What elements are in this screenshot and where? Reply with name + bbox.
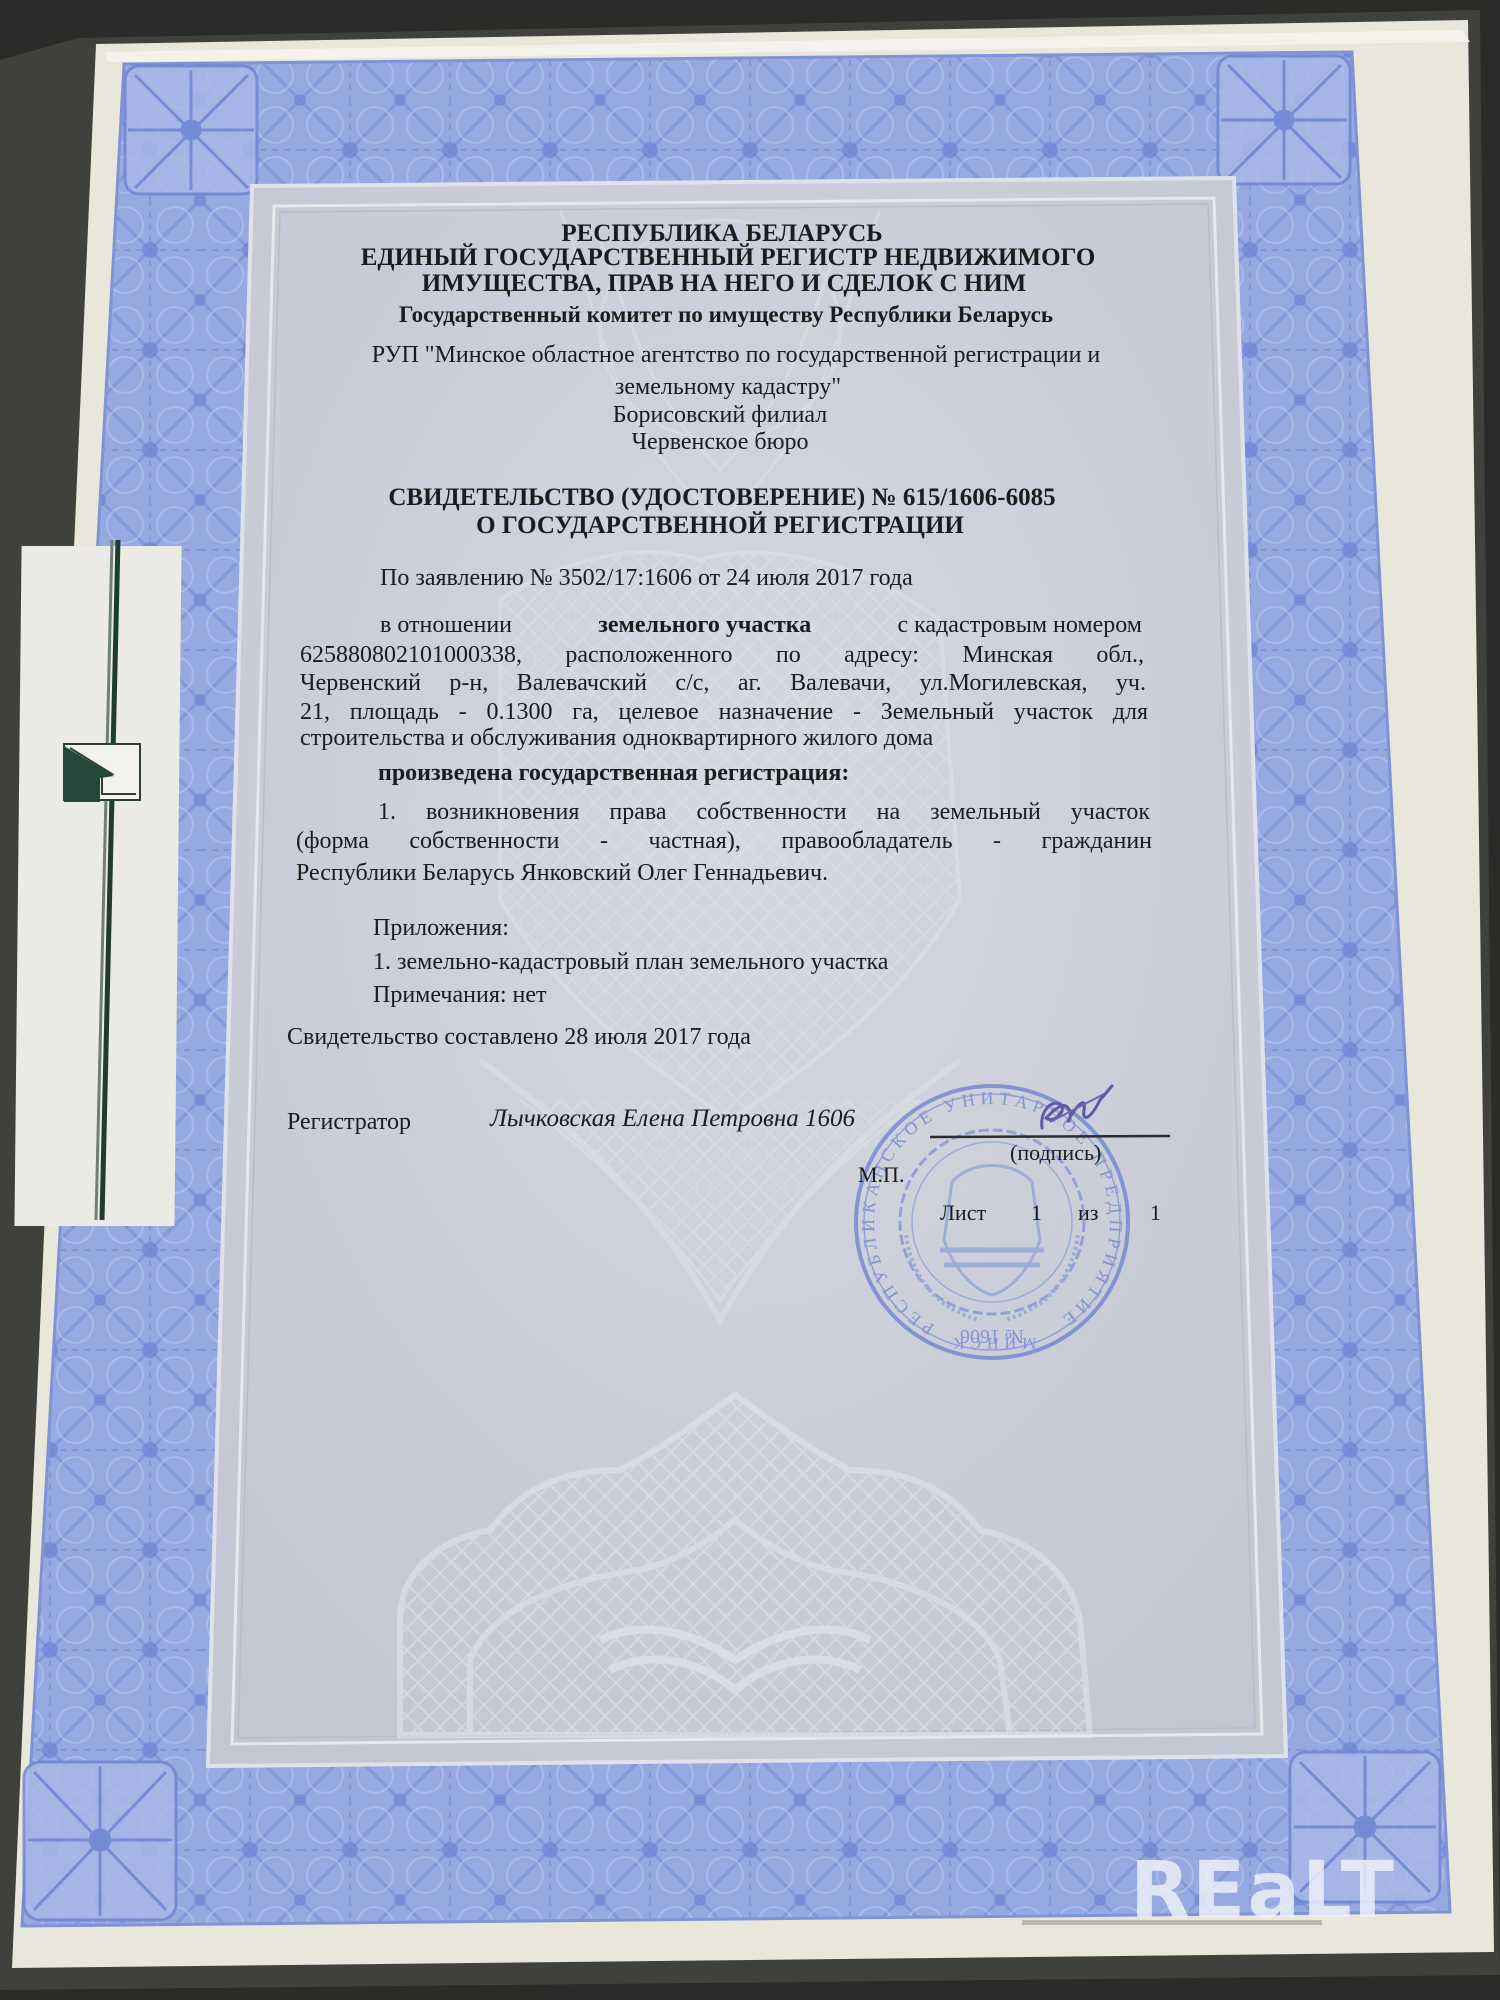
header-committee: Государственный комитет по имуществу Рес… — [399, 303, 1053, 326]
stamp-city: МИНСК — [948, 1334, 1037, 1351]
certificate-subtitle: О ГОСУДАРСТВЕННОЙ РЕГИСТРАЦИИ — [476, 513, 964, 538]
registration-owner: Республики Беларусь Янковский Олег Генна… — [296, 861, 828, 885]
header-registry-line1: ЕДИНЫЙ ГОСУДАРСТВЕННЫЙ РЕГИСТР НЕДВИЖИМО… — [361, 245, 1096, 270]
attachments-label: Приложения: — [373, 916, 509, 940]
subject-line5: строительства и обслуживания одноквартир… — [300, 726, 933, 750]
header-branch: Борисовский филиал — [613, 403, 828, 427]
certificate-title: СВИДЕТЕЛЬСТВО (УДОСТОВЕРЕНИЕ) № 615/1606… — [388, 485, 1055, 510]
photo-scene: РЕСПУБЛИКАНСКОЕ УНИТАРНОЕ ПРЕДПРИЯТИЕ № … — [0, 0, 1500, 2000]
realt-watermark: REaLT — [1130, 1846, 1396, 1936]
sheet-label: Лист — [940, 1202, 986, 1224]
header-registry-line2: ИМУЩЕСТВА, ПРАВ НА НЕГО И СДЕЛОК С НИМ — [422, 271, 1027, 296]
seal-label: М.П. — [858, 1164, 904, 1186]
header-agency-line1: РУП "Минское областное агентство по госу… — [372, 343, 1101, 367]
header-country: РЕСПУБЛИКА БЕЛАРУСЬ — [561, 221, 882, 246]
registration-item-line2: (форма собственности - частная), правооб… — [296, 829, 1152, 853]
issued-date: Свидетельство составлено 28 июля 2017 го… — [287, 1025, 751, 1049]
subject-line2: 625880802101000338, расположенного по ад… — [300, 643, 1144, 667]
subject-type: земельного участка — [598, 613, 811, 637]
attachment-item: 1. земельно-кадастровый план земельного … — [373, 950, 888, 974]
header-agency-line2: земельному кадастру" — [615, 375, 841, 399]
header-bureau: Червенское бюро — [631, 430, 808, 454]
subject-line1: в отношении земельного участка с кадастр… — [380, 613, 1142, 637]
sheet-total: 1 — [1150, 1202, 1161, 1224]
subject-line4: 21, площадь - 0.1300 га, целевое назначе… — [300, 700, 1148, 724]
notes: Примечания: нет — [373, 983, 547, 1007]
sheet-of-label: из — [1078, 1202, 1098, 1224]
signature-caption: (подпись) — [1010, 1142, 1101, 1164]
subject-intro: в отношении — [380, 613, 512, 637]
signature-line — [930, 1136, 1170, 1137]
registrar-label: Регистратор — [287, 1110, 411, 1134]
subject-cadastral-label: с кадастровым номером — [897, 613, 1142, 637]
subject-line3: Червенский р-н, Валевачский с/с, аг. Вал… — [300, 671, 1146, 695]
registrar-name: Лычковская Елена Петровна 1606 — [490, 1106, 855, 1131]
application-reference: По заявлению № 3502/17:1606 от 24 июля 2… — [380, 566, 913, 590]
registration-heading: произведена государственная регистрация: — [378, 761, 849, 785]
registry-logo-icon — [0, 520, 220, 1240]
sheet-current: 1 — [1031, 1202, 1042, 1224]
registration-item-line1: 1. возникновения права собственности на … — [378, 800, 1150, 824]
